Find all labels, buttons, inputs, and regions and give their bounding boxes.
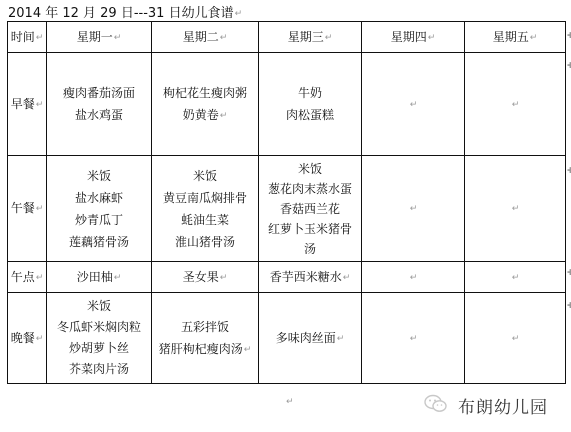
meal-cell-empty: ↵ (362, 156, 465, 262)
title-text: 2014 年 12 月 29 日---31 日幼儿食谱 (8, 6, 234, 21)
meal-cell: 米饭盐水麻虾炒青瓜丁莲藕猪骨汤 (47, 156, 152, 262)
meal-cell: 米饭冬瓜虾米焖肉粒炒胡萝卜丝芥菜肉片汤 (47, 293, 152, 384)
row-end-mark-icon: ✚ (567, 61, 571, 70)
header-cell-friday: 星期五↵ (465, 22, 566, 53)
paragraph-mark-icon: ↵ (286, 397, 294, 407)
meal-cell: 沙田柚↵ (47, 262, 152, 293)
meal-cell-empty: ↵ (362, 262, 465, 293)
paragraph-mark-icon: ↵ (235, 9, 243, 19)
meal-cell: 五彩拌饭猪肝枸杞瘦肉汤↵ (152, 293, 259, 384)
menu-table: 时间↵ 星期一↵ 星期二↵ 星期三↵ 星期四↵ 星期五↵ 早餐↵ 瘦肉番茄汤面盐… (7, 21, 566, 384)
row-end-mark-icon: ✚ (567, 301, 571, 310)
meal-cell-empty: ↵ (465, 293, 566, 384)
row-end-mark-icon: ✚ (567, 31, 571, 40)
header-row: 时间↵ 星期一↵ 星期二↵ 星期三↵ 星期四↵ 星期五↵ (8, 22, 566, 53)
header-cell-time: 时间↵ (8, 22, 47, 53)
meal-cell: 米饭葱花肉末蒸水蛋香菇西兰花红萝卜玉米猪骨汤 (259, 156, 362, 262)
meal-cell-empty: ↵ (465, 53, 566, 156)
meal-cell-empty: ↵ (362, 293, 465, 384)
table-row-snack: 午点↵ 沙田柚↵ 圣女果↵ 香芋西米糖水↵ ↵ ↵ (8, 262, 566, 293)
header-cell-monday: 星期一↵ (47, 22, 152, 53)
document-title: 2014 年 12 月 29 日---31 日幼儿食谱↵ (8, 2, 242, 21)
time-cell-breakfast: 早餐↵ (8, 53, 47, 156)
meal-cell: 圣女果↵ (152, 262, 259, 293)
watermark-text: 布朗幼儿园 (458, 393, 548, 418)
table-row-dinner: 晚餐↵ 米饭冬瓜虾米焖肉粒炒胡萝卜丝芥菜肉片汤 五彩拌饭猪肝枸杞瘦肉汤↵ 多味肉… (8, 293, 566, 384)
meal-cell: 多味肉丝面↵ (259, 293, 362, 384)
header-cell-wednesday: 星期三↵ (259, 22, 362, 53)
time-cell-lunch: 午餐↵ (8, 156, 47, 262)
meal-cell: 枸杞花生瘦肉粥奶黄卷↵ (152, 53, 259, 156)
time-cell-snack: 午点↵ (8, 262, 47, 293)
header-cell-thursday: 星期四↵ (362, 22, 465, 53)
meal-cell: 牛奶肉松蛋糕 (259, 53, 362, 156)
watermark: 布朗幼儿园 (424, 393, 548, 418)
table-row-lunch: 午餐↵ 米饭盐水麻虾炒青瓜丁莲藕猪骨汤 米饭黄豆南瓜焖排骨蚝油生菜淮山猪骨汤 米… (8, 156, 566, 262)
meal-cell: 米饭黄豆南瓜焖排骨蚝油生菜淮山猪骨汤 (152, 156, 259, 262)
wechat-icon (424, 394, 448, 418)
meal-cell: 瘦肉番茄汤面盐水鸡蛋 (47, 53, 152, 156)
time-cell-dinner: 晚餐↵ (8, 293, 47, 384)
meal-cell-empty: ↵ (362, 53, 465, 156)
meal-cell: 香芋西米糖水↵ (259, 262, 362, 293)
meal-cell-empty: ↵ (465, 156, 566, 262)
table-row-breakfast: 早餐↵ 瘦肉番茄汤面盐水鸡蛋 枸杞花生瘦肉粥奶黄卷↵ 牛奶肉松蛋糕 ↵ ↵ (8, 53, 566, 156)
row-end-mark-icon: ✚ (567, 166, 571, 175)
header-cell-tuesday: 星期二↵ (152, 22, 259, 53)
meal-cell-empty: ↵ (465, 262, 566, 293)
row-end-mark-icon: ✚ (567, 268, 571, 277)
